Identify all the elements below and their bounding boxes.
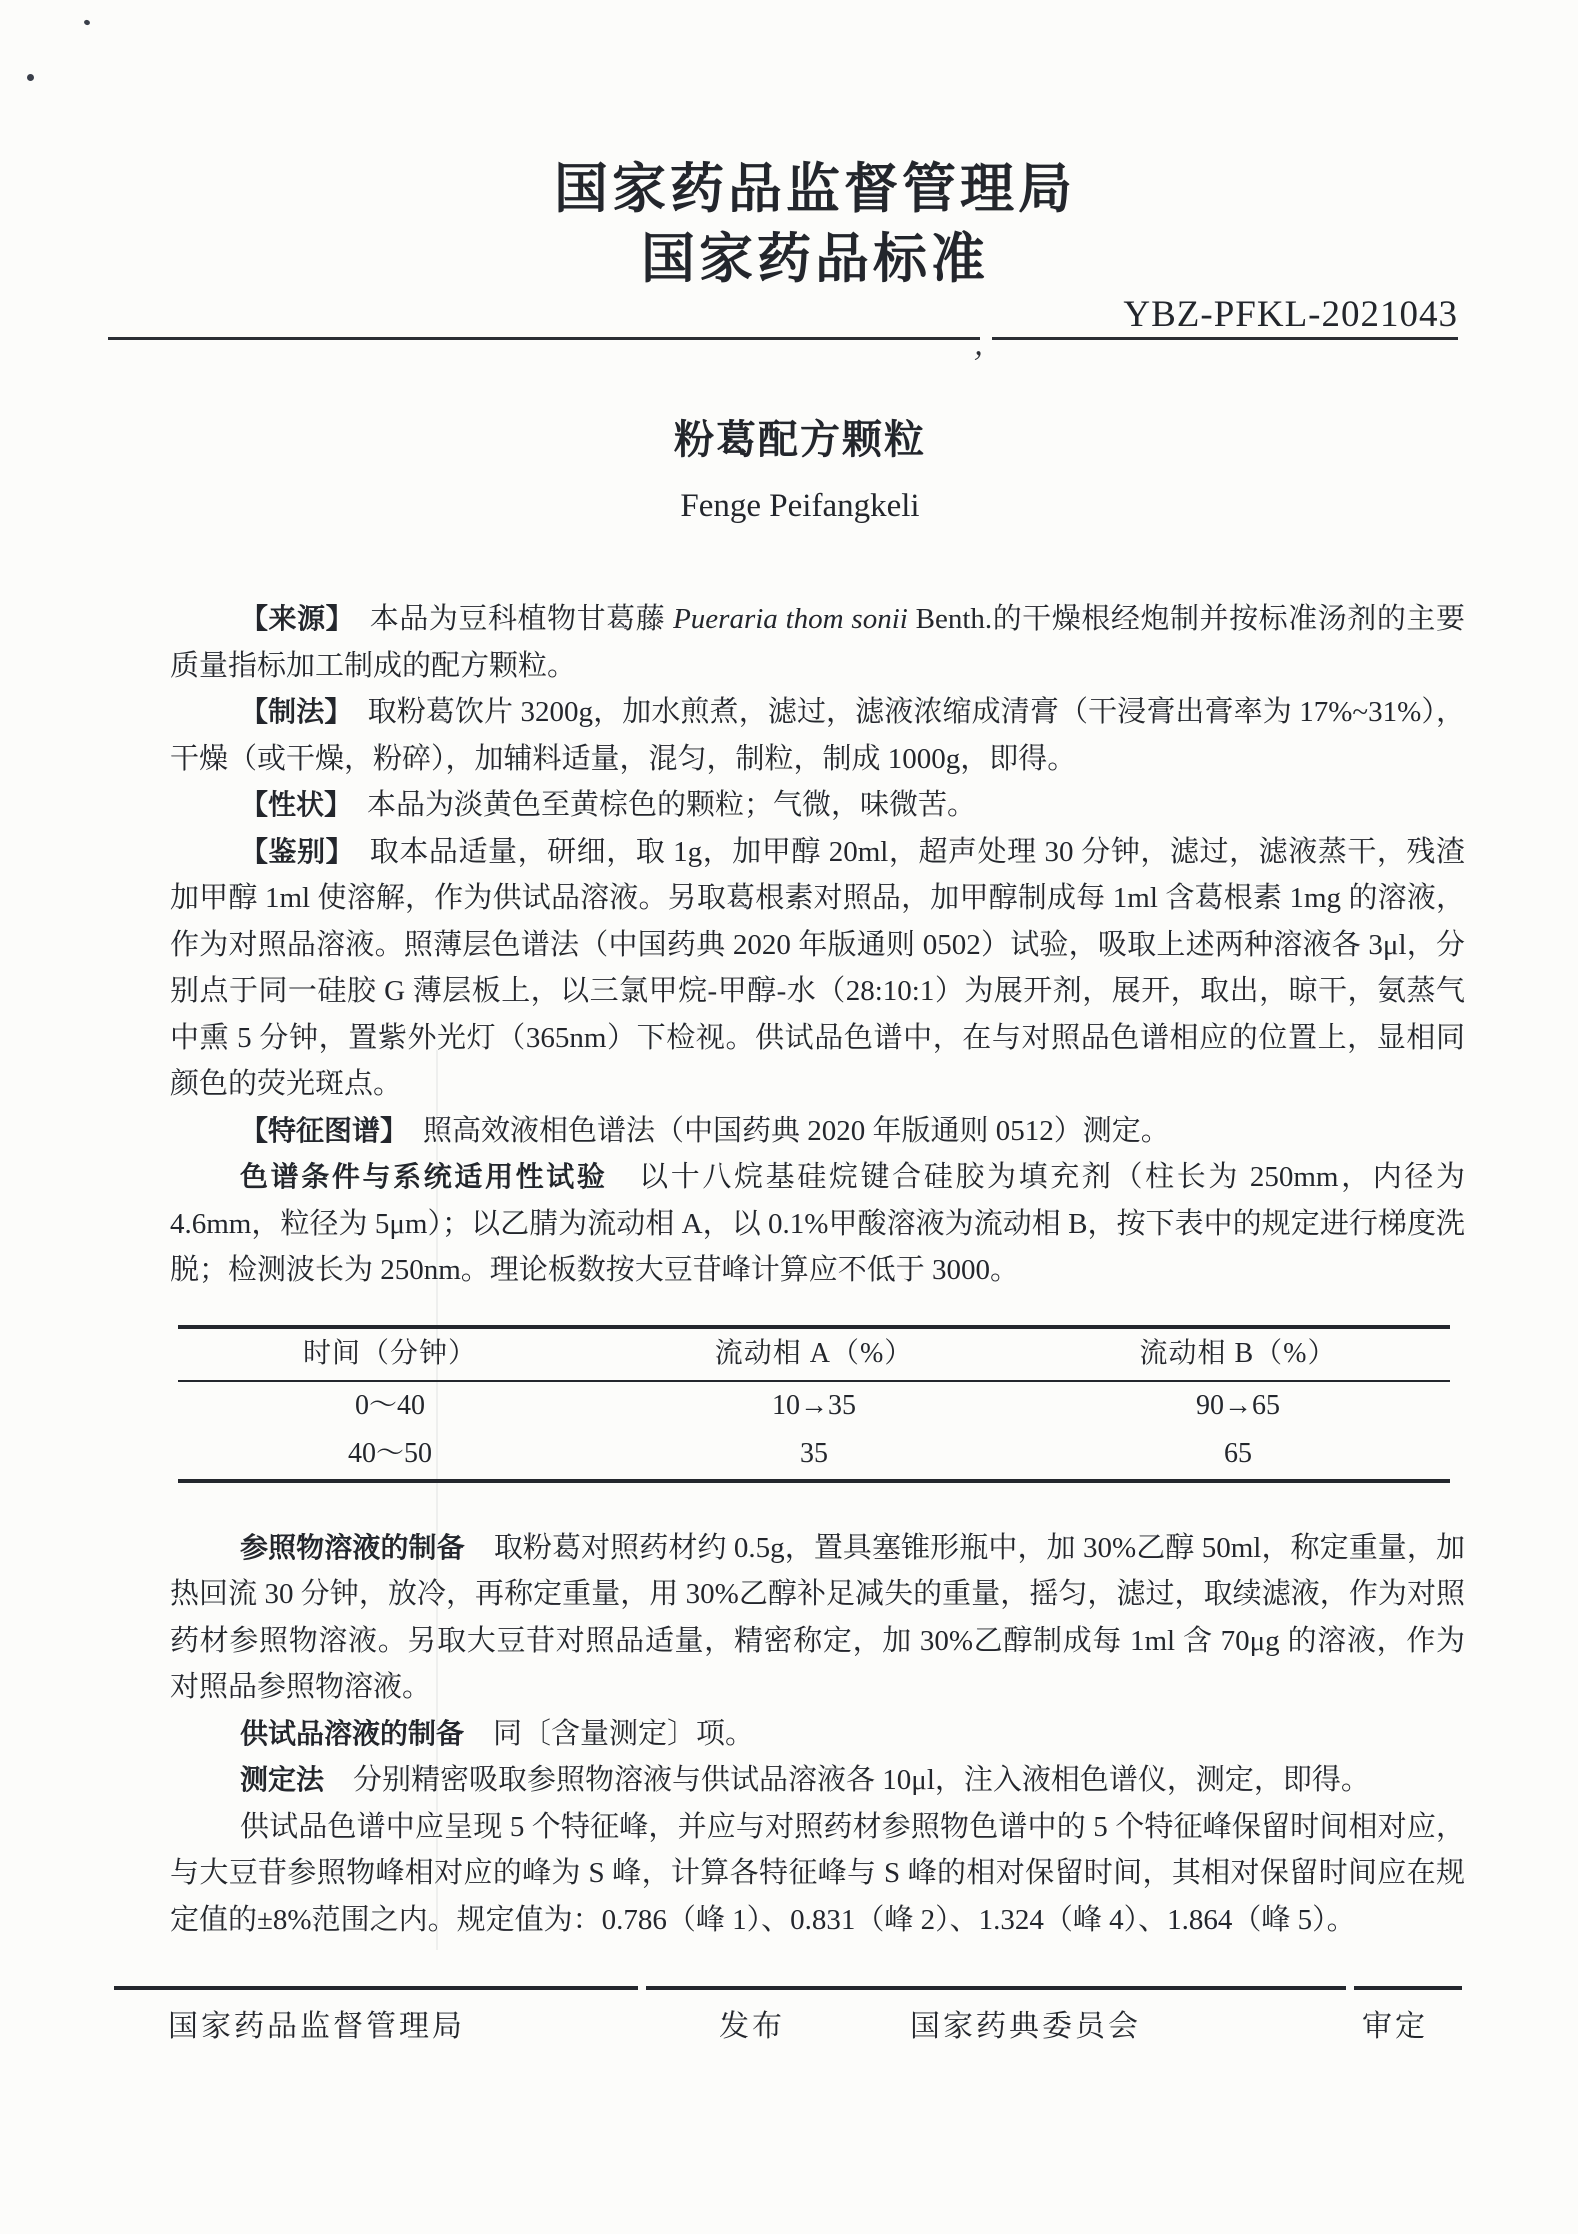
text-run: 本品为淡黄色至黄棕色的颗粒；气微，味微苦。 xyxy=(338,789,976,821)
footer-publisher: 国家药品监督管理局 xyxy=(168,2001,465,2045)
footer-publish-label: 发布 xyxy=(719,2001,785,2045)
section-heading: 参照物溶液的制备 xyxy=(240,1532,465,1563)
body-paragraph: 【性状】 本品为淡黄色至黄棕色的颗粒；气微，味微苦。 xyxy=(170,782,1465,829)
footer-committee: 国家药典委员会 xyxy=(910,2001,1141,2045)
body-paragraph: 色谱条件与系统适用性试验 以十八烷基硅烷键合硅胶为填充剂（柱长为 250mm，内… xyxy=(170,1154,1465,1294)
scan-speck xyxy=(27,74,34,81)
section-heading: 【制法】 xyxy=(240,696,338,727)
section-heading: 【特征图谱】 xyxy=(240,1115,394,1146)
rule-nick-mark: ， xyxy=(972,319,1010,368)
header-rule xyxy=(108,337,1458,340)
footer-review-label: 审定 xyxy=(1362,2001,1428,2045)
doc-number: YBZ-PFKL-2021043 xyxy=(1123,293,1458,336)
cell-phase-b: 90→65 xyxy=(1026,1381,1450,1431)
text-run: 分别精密吸取参照物溶液与供试品溶液各 10μl，注入液相色谱仪，测定，即得。 xyxy=(324,1764,1370,1796)
body-paragraph: 供试品溶液的制备 同〔含量测定〕项。 xyxy=(170,1711,1465,1758)
body-paragraph: 【制法】 取粉葛饮片 3200g，加水煎煮，滤过，滤液浓缩成清膏（干浸膏出膏率为… xyxy=(170,689,1465,782)
header-org-name: 国家药品监督管理局 xyxy=(0,146,1578,223)
section-heading: 测定法 xyxy=(240,1764,324,1795)
text-run: 本品为豆科植物甘葛藤 xyxy=(340,603,673,635)
body-paragraph: 参照物溶液的制备 取粉葛对照药材约 0.5g，置具塞锥形瓶中，加 30%乙醇 5… xyxy=(170,1525,1465,1711)
text-run: Pueraria thom sonii xyxy=(673,603,908,635)
scan-speck xyxy=(83,19,90,26)
body-paragraph: 测定法 分别精密吸取参照物溶液与供试品溶液各 10μl，注入液相色谱仪，测定，即… xyxy=(170,1757,1465,1804)
body-paragraph: 【来源】 本品为豆科植物甘葛藤 Pueraria thom sonii Bent… xyxy=(170,596,1465,689)
cell-time: 40～50 xyxy=(178,1430,602,1481)
cell-phase-a: 35 xyxy=(602,1430,1026,1481)
col-header-mobile-phase-a: 流动相 A（%） xyxy=(602,1327,1026,1381)
section-heading: 【来源】 xyxy=(240,603,340,634)
drug-title-cn: 粉葛配方颗粒 xyxy=(0,408,1578,465)
table-header-row: 时间（分钟） 流动相 A（%） 流动相 B（%） xyxy=(178,1327,1450,1381)
gradient-elution-table: 时间（分钟） 流动相 A（%） 流动相 B（%） 0～40 10→35 90→6… xyxy=(178,1325,1450,1483)
col-header-time: 时间（分钟） xyxy=(178,1327,602,1381)
text-run: 取本品适量，研细，取 1g，加甲醇 20ml，超声处理 30 分钟，滤过，滤液蒸… xyxy=(170,836,1465,1101)
header-standard-label: 国家药品标准 xyxy=(0,216,1578,293)
cell-phase-a: 10→35 xyxy=(602,1381,1026,1431)
footer-rule xyxy=(114,1986,1462,1990)
section-heading: 【鉴别】 xyxy=(240,836,340,867)
table-row: 0～40 10→35 90→65 xyxy=(178,1381,1450,1431)
cell-phase-b: 65 xyxy=(1026,1430,1450,1481)
section-heading: 供试品溶液的制备 xyxy=(240,1718,464,1749)
table-row: 40～50 35 65 xyxy=(178,1430,1450,1481)
document-body: 【来源】 本品为豆科植物甘葛藤 Pueraria thom sonii Bent… xyxy=(170,596,1465,1943)
section-heading: 【性状】 xyxy=(240,789,338,820)
text-run: 同〔含量测定〕项。 xyxy=(464,1718,754,1750)
paragraph-group-top: 【来源】 本品为豆科植物甘葛藤 Pueraria thom sonii Bent… xyxy=(170,596,1465,1294)
cell-time: 0～40 xyxy=(178,1381,602,1431)
scanned-document-page: 国家药品监督管理局 国家药品标准 YBZ-PFKL-2021043 ， 粉葛配方… xyxy=(0,0,1578,2234)
text-run: 取粉葛饮片 3200g，加水煎煮，滤过，滤液浓缩成清膏（干浸膏出膏率为 17%~… xyxy=(170,696,1465,775)
drug-title-pinyin: Fenge Peifangkeli xyxy=(0,488,1578,525)
section-heading: 色谱条件与系统适用性试验 xyxy=(240,1161,608,1192)
paragraph-group-bottom: 参照物溶液的制备 取粉葛对照药材约 0.5g，置具塞锥形瓶中，加 30%乙醇 5… xyxy=(170,1525,1465,1944)
col-header-mobile-phase-b: 流动相 B（%） xyxy=(1026,1327,1450,1381)
body-paragraph: 【鉴别】 取本品适量，研细，取 1g，加甲醇 20ml，超声处理 30 分钟，滤… xyxy=(170,829,1465,1108)
text-run: 照高效液相色谱法（中国药典 2020 年版通则 0512）测定。 xyxy=(394,1115,1170,1147)
body-paragraph: 【特征图谱】 照高效液相色谱法（中国药典 2020 年版通则 0512）测定。 xyxy=(170,1108,1465,1155)
text-run: 供试品色谱中应呈现 5 个特征峰，并应与对照药材参照物色谱中的 5 个特征峰保留… xyxy=(170,1811,1465,1936)
body-paragraph: 供试品色谱中应呈现 5 个特征峰，并应与对照药材参照物色谱中的 5 个特征峰保留… xyxy=(170,1804,1465,1944)
